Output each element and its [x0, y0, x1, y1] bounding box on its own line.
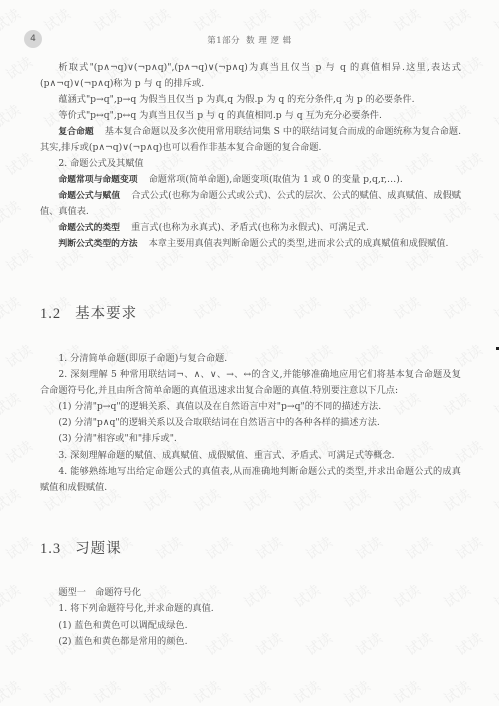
section-1-2-heading: 1.2基本要求 [40, 302, 137, 323]
watermark-text: 试读 [489, 4, 499, 36]
paragraph-constants: 命题常项与命题变项命题常项(简单命题),命题变项(取值为 1 或 0 的变量 p… [40, 172, 461, 188]
paragraph-method: 判断公式类型的方法本章主要用真值表判断命题公式的类型,进而求公式的成真赋值和成假… [40, 236, 461, 252]
watermark-text: 试读 [489, 580, 499, 612]
exercise-type-heading: 题型一 命题符号化 [40, 585, 461, 601]
watermark-text: 试读 [139, 676, 173, 706]
watermark-text: 试读 [489, 676, 499, 706]
requirement-item: 2. 深刻理解 5 种常用联结词¬、∧、∨、→、↔的含义,并能够准确地应用它们将… [40, 367, 461, 399]
watermark-text: 试读 [89, 4, 123, 36]
watermark-text: 试读 [289, 4, 323, 36]
paragraph-equivalence: 等价式"p↔q",p↔q 为真当且仅当 p 与 q 的真值相同.p 与 q 互为… [40, 108, 461, 124]
item-2-heading: 2. 命题公式及其赋值 [40, 156, 461, 172]
running-head-part: 第1部分 [207, 36, 240, 46]
watermark-text: 试读 [0, 100, 24, 132]
term-method: 判断公式类型的方法 [58, 239, 137, 249]
watermark-text: 试读 [489, 292, 499, 324]
watermark-text: 试读 [0, 484, 24, 516]
section-title: 基本要求 [75, 306, 137, 322]
watermark-text: 试读 [0, 676, 24, 706]
watermark-text: 试读 [89, 676, 123, 706]
watermark-text: 试读 [351, 532, 385, 564]
watermark-text: 试读 [151, 532, 185, 564]
constants-text: 命题常项(简单命题),命题变项(取值为 1 或 0 的变量 p,q,r,…). [149, 174, 403, 185]
watermark-text: 试读 [401, 532, 435, 564]
watermark-text: 试读 [389, 4, 423, 36]
watermark-text: 试读 [239, 292, 273, 324]
watermark-text: 试读 [489, 388, 499, 420]
watermark-text: 试读 [239, 676, 273, 706]
formula-types-text: 重言式(也称为永真式)、矛盾式(也称为永假式)、可满足式. [131, 222, 369, 233]
watermark-text: 试读 [339, 292, 373, 324]
watermark-text: 试读 [439, 4, 473, 36]
watermark-text: 试读 [201, 532, 235, 564]
watermark-text: 试读 [0, 388, 24, 420]
section-1-3-heading: 1.3习题课 [40, 537, 122, 558]
watermark-text: 试读 [339, 676, 373, 706]
watermark-text: 试读 [39, 676, 73, 706]
watermark-text: 试读 [0, 580, 24, 612]
term-constants-variables: 命题常项与命题变项 [58, 175, 137, 185]
watermark-text: 试读 [189, 292, 223, 324]
compound-proposition-text: 基本复合命题以及多次使用常用联结词集 S 中的联结词复合而成的命题统称为复合命题… [40, 126, 461, 153]
watermark-text: 试读 [0, 4, 24, 36]
section-number: 1.3 [40, 541, 61, 557]
watermark-text: 试读 [389, 292, 423, 324]
requirement-item: 4. 能够熟练地写出给定命题公式的真值表,从而准确地判断命题公式的类型,并求出命… [40, 464, 461, 496]
paragraph-formula-types: 命题公式的类型重言式(也称为永真式)、矛盾式(也称为永假式)、可满足式. [40, 220, 461, 236]
watermark-text: 试读 [189, 676, 223, 706]
watermark-text: 试读 [289, 292, 323, 324]
watermark-text: 试读 [489, 100, 499, 132]
requirement-item: 3. 深刻理解命题的赋值、成真赋值、成假赋值、重言式、矛盾式、可满足式等概念. [40, 448, 461, 464]
term-formula-types: 命题公式的类型 [58, 223, 120, 233]
watermark-text: 试读 [0, 292, 24, 324]
watermark-text: 试读 [39, 4, 73, 36]
watermark-text: 试读 [301, 532, 335, 564]
watermark-text: 试读 [239, 4, 273, 36]
watermark-text: 试读 [1, 436, 35, 468]
section-title: 习题课 [75, 541, 122, 557]
watermark-text: 试读 [1, 244, 35, 276]
running-head-title: 数 理 逻 辑 [246, 36, 292, 46]
exercise-subitem: (2) 蓝色和黄色都是常用的颜色. [40, 634, 461, 650]
watermark-text: 试读 [451, 532, 485, 564]
watermark-text: 试读 [139, 292, 173, 324]
watermark-text: 试读 [289, 676, 323, 706]
watermark-text: 试读 [251, 532, 285, 564]
watermark-text: 试读 [339, 4, 373, 36]
watermark-text: 试读 [389, 676, 423, 706]
paragraph-formula: 命题公式与赋值合式公式(也称为命题公式或公式)、公式的层次、公式的赋值、成真赋值… [40, 188, 461, 220]
paragraph-implication: 蕴涵式"p→q",p→q 为假当且仅当 p 为真,q 为假.p 为 q 的充分条… [40, 92, 461, 108]
requirement-subitem: (2) 分清"p∧q"的逻辑关系以及合取联结词在自然语言中的各种各样的描述方法. [40, 415, 461, 431]
watermark-text: 试读 [189, 4, 223, 36]
section-1-1-tail: 析取式"(p∧¬q)∨(¬p∧q)",(p∧¬q)∨(¬p∧q)为真当且仅当 p… [40, 60, 461, 252]
term-formula-assignment: 命题公式与赋值 [58, 191, 120, 201]
watermark-text: 试读 [1, 340, 35, 372]
exercise-item: 1. 将下列命题符号化,并求命题的真值. [40, 601, 461, 617]
watermark-text: 试读 [439, 292, 473, 324]
watermark-text: 试读 [489, 484, 499, 516]
watermark-text: 试读 [0, 196, 24, 228]
paragraph-disjunction: 析取式"(p∧¬q)∨(¬p∧q)",(p∧¬q)∨(¬p∧q)为真当且仅当 p… [40, 60, 461, 92]
section-1-3-body: 题型一 命题符号化 1. 将下列命题符号化,并求命题的真值. (1) 蓝色和黄色… [40, 585, 461, 650]
watermark-text: 试读 [1, 532, 35, 564]
watermark-text: 试读 [139, 4, 173, 36]
requirement-subitem: (3) 分清"相容或"和"排斥或". [40, 431, 461, 447]
watermark-text: 试读 [1, 628, 35, 660]
running-head: 第1部分数 理 逻 辑 [0, 34, 499, 46]
watermark-text: 试读 [439, 676, 473, 706]
section-number: 1.2 [40, 306, 61, 322]
watermark-text: 试读 [489, 196, 499, 228]
exercise-subitem: (1) 蓝色和黄色可以调配成绿色. [40, 618, 461, 634]
requirement-subitem: (1) 分清"p→q"的逻辑关系、真值以及在自然语言中对"p→q"的不同的描述方… [40, 399, 461, 415]
paragraph-compound-proposition: 复合命题基本复合命题以及多次使用常用联结词集 S 中的联结词复合而成的命题统称为… [40, 124, 461, 156]
term-compound-proposition: 复合命题 [58, 127, 93, 137]
section-1-2-body: 1. 分清简单命题(即原子命题)与复合命题. 2. 深刻理解 5 种常用联结词¬… [40, 351, 461, 496]
method-text: 本章主要用真值表判断命题公式的类型,进而求公式的成真赋值和成假赋值. [149, 238, 449, 249]
watermark-text: 试读 [1, 148, 35, 180]
requirement-item: 1. 分清简单命题(即原子命题)与复合命题. [40, 351, 461, 367]
watermark-text: 试读 [1, 52, 35, 84]
